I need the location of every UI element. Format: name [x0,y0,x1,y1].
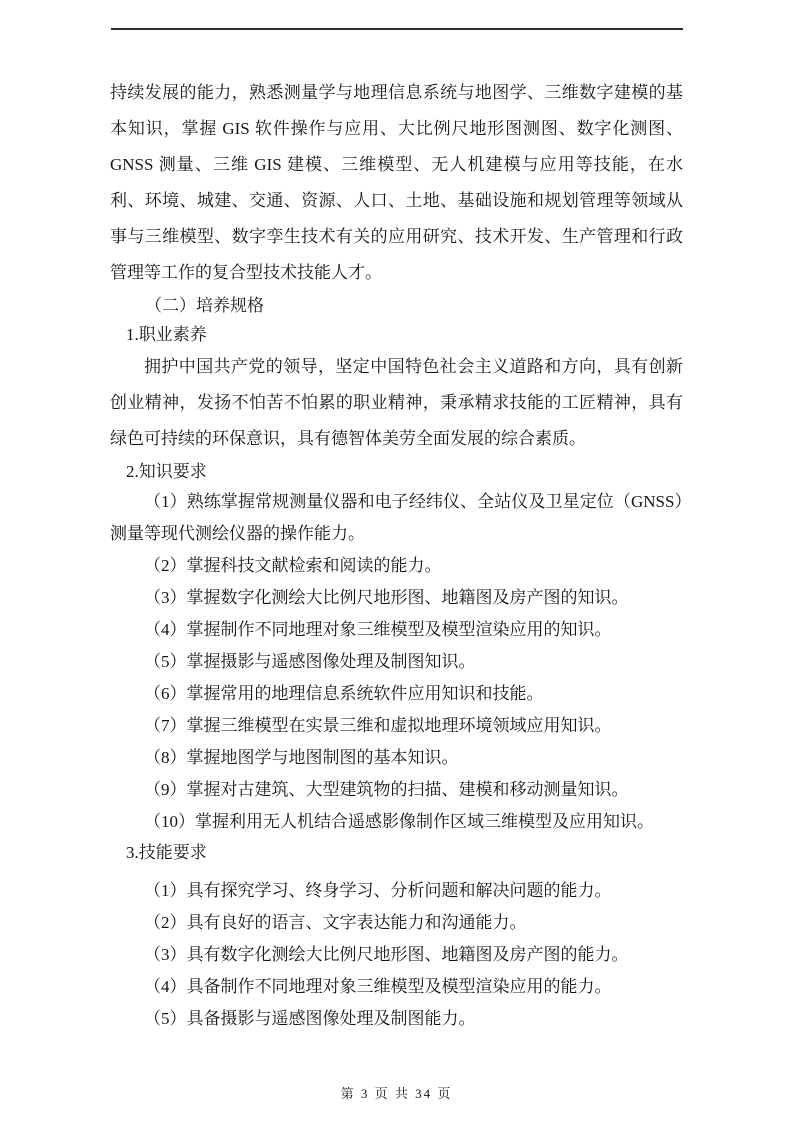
skill-item: （1）具有探究学习、终身学习、分析问题和解决问题的能力。 [110,875,683,907]
skill-item: （4）具备制作不同地理对象三维模型及模型渲染应用的能力。 [110,971,683,1003]
skills-list: （1）具有探究学习、终身学习、分析问题和解决问题的能力。 （2）具有良好的语言、… [110,875,683,1035]
professional-quality-paragraph: 拥护中国共产党的领导，坚定中国特色社会主义道路和方向，具有创新创业精神，发扬不怕… [110,349,683,457]
subheading-knowledge: 2.知识要求 [110,457,683,486]
skill-item: （2）具有良好的语言、文字表达能力和沟通能力。 [110,907,683,939]
intro-paragraph: 持续发展的能力，熟悉测量学与地理信息系统与地图学、三维数字建模的基本知识，掌握 … [110,75,683,291]
knowledge-item: （3）掌握数字化测绘大比例尺地形图、地籍图及房产图的知识。 [110,582,683,614]
skill-item: （5）具备摄影与遥感图像处理及制图能力。 [110,1003,683,1035]
header-rule [111,28,683,30]
knowledge-item: （8）掌握地图学与地图制图的基本知识。 [110,742,683,774]
document-body: 持续发展的能力，熟悉测量学与地理信息系统与地图学、三维数字建模的基本知识，掌握 … [110,75,683,1035]
knowledge-item: （1）熟练掌握常规测量仪器和电子经纬仪、全站仪及卫星定位（GNSS）测量等现代测… [110,486,683,550]
page-number: 第 3 页 共 34 页 [341,1086,453,1101]
subheading-skills: 3.技能要求 [110,838,683,867]
section-heading: （二）培养规格 [110,291,683,320]
subheading-professional-quality: 1.职业素养 [110,320,683,349]
knowledge-list: （1）熟练掌握常规测量仪器和电子经纬仪、全站仪及卫星定位（GNSS）测量等现代测… [110,486,683,838]
knowledge-item: （5）掌握摄影与遥感图像处理及制图知识。 [110,646,683,678]
knowledge-item: （6）掌握常用的地理信息系统软件应用知识和技能。 [110,678,683,710]
knowledge-item: （2）掌握科技文献检索和阅读的能力。 [110,550,683,582]
knowledge-item: （7）掌握三维模型在实景三维和虚拟地理环境领域应用知识。 [110,710,683,742]
skill-item: （3）具有数字化测绘大比例尺地形图、地籍图及房产图的能力。 [110,939,683,971]
page-footer: 第 3 页 共 34 页 [0,1083,793,1102]
knowledge-item: （10）掌握利用无人机结合遥感影像制作区域三维模型及应用知识。 [110,806,683,838]
knowledge-item: （4）掌握制作不同地理对象三维模型及模型渲染应用的知识。 [110,614,683,646]
knowledge-item: （9）掌握对古建筑、大型建筑物的扫描、建模和移动测量知识。 [110,774,683,806]
